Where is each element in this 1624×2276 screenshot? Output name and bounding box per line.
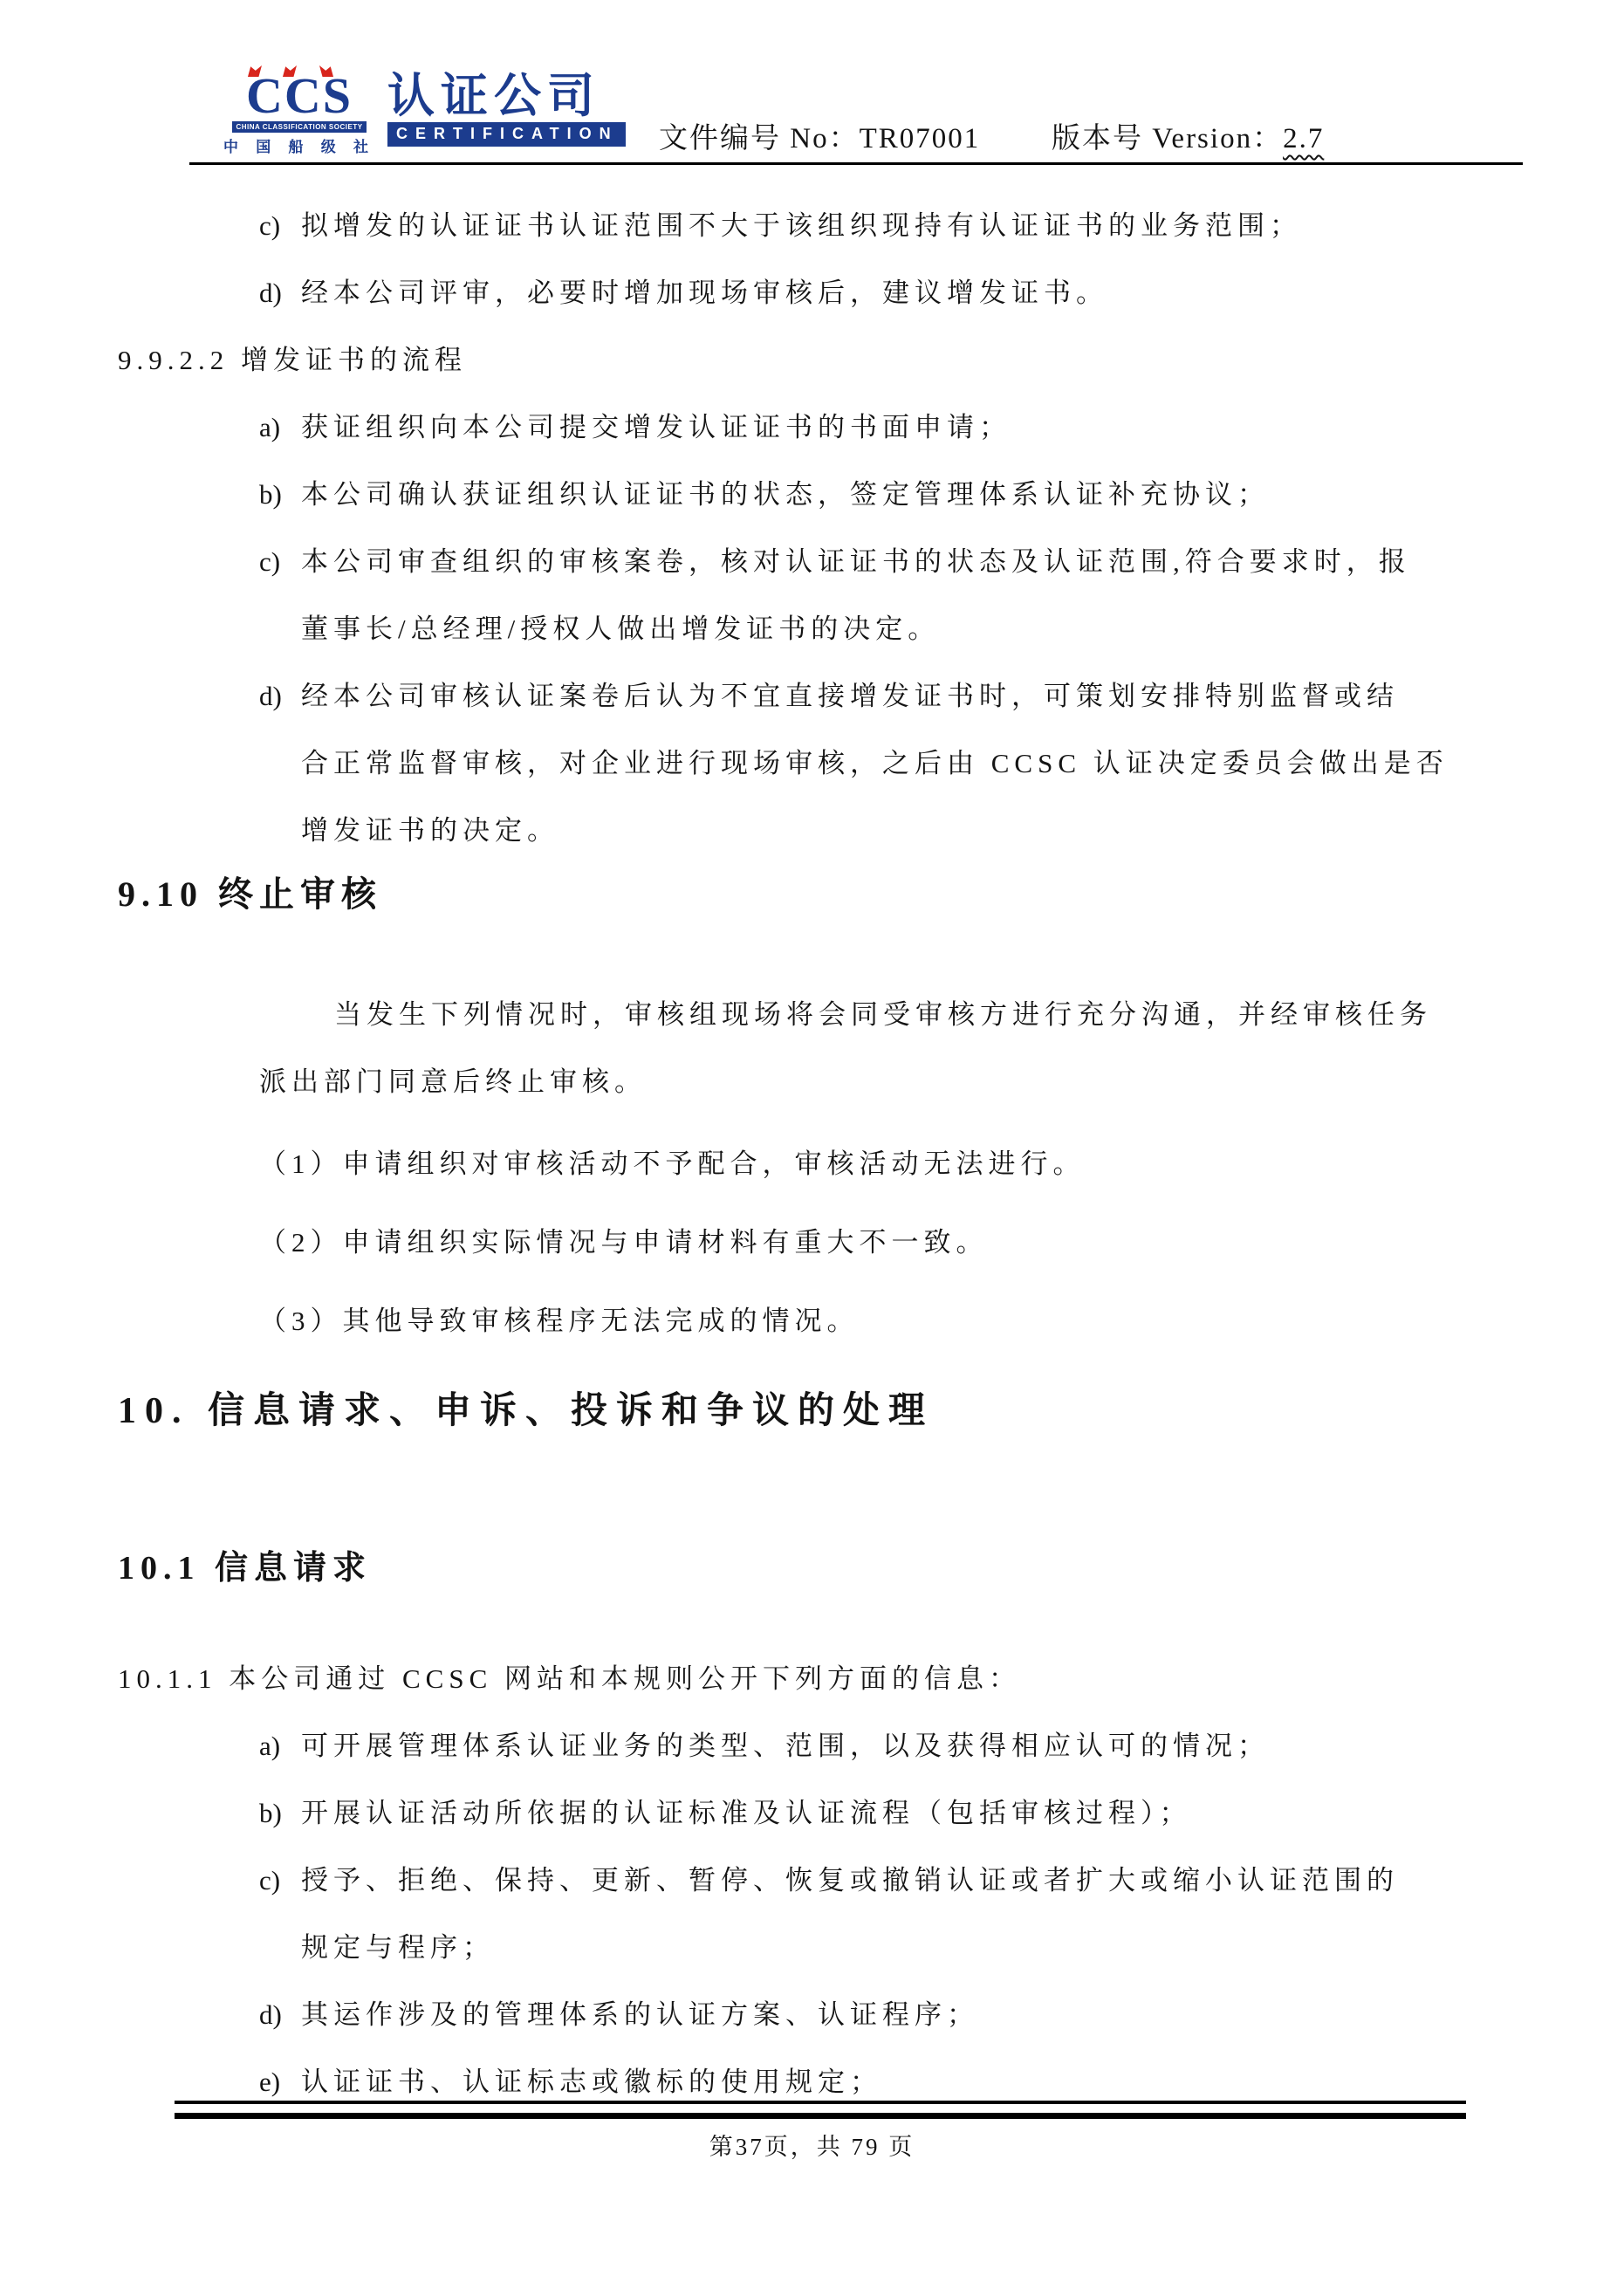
- list-item: c) 本公司审查组织的审核案卷，核对认证证书的状态及认证范围,符合要求时，报 董…: [118, 528, 1514, 662]
- item-text: 其运作涉及的管理体系的认证方案、认证程序；: [301, 1981, 1514, 2048]
- heading-10-1-1: 10.1.1 本公司通过 CCSC 网站和本规则公开下列方面的信息：: [118, 1645, 1514, 1712]
- list-item: （1）申请组织对审核活动不予配合，审核活动无法进行。: [259, 1125, 1086, 1203]
- item-label: a): [259, 1712, 280, 1779]
- list-item: d) 经本公司审核认证案卷后认为不宜直接增发证书时，可策划安排特别监督或结 合正…: [118, 662, 1514, 864]
- item-label: d): [259, 662, 282, 730]
- list-item: d) 经本公司评审，必要时增加现场审核后，建议增发证书。: [118, 259, 1514, 326]
- document-page: CCS CHINA CLASSIFICATION SOCIETY 中 国 船 级…: [0, 0, 1624, 2276]
- item-text: 拟增发的认证证书认证范围不大于该组织现持有认证证书的业务范围；: [301, 192, 1514, 259]
- logo-certification-band: CERTIFICATION: [387, 122, 626, 147]
- item-text: 规定与程序；: [301, 1914, 1514, 1981]
- item-text: 授予、拒绝、保持、更新、暂停、恢复或撤销认证或者扩大或缩小认证范围的: [301, 1847, 1514, 1914]
- item-text: 经本公司评审，必要时增加现场审核后，建议增发证书。: [301, 259, 1514, 326]
- item-label: d): [259, 1981, 282, 2048]
- item-label: d): [259, 259, 282, 326]
- logo-society-cn: 中 国 船 级 社: [223, 134, 375, 156]
- list-item: c) 拟增发的认证证书认证范围不大于该组织现持有认证证书的业务范围；: [118, 192, 1514, 259]
- item-text: 认证证书、认证标志或徽标的使用规定；: [301, 2048, 1514, 2115]
- version-number: 版本号 Version：2.7: [1052, 115, 1324, 156]
- page-number: 第37页，共 79 页: [0, 2128, 1624, 2162]
- item-text: 本公司审查组织的审核案卷，核对认证证书的状态及认证范围,符合要求时，报: [301, 528, 1514, 595]
- heading-10-1: 10.1 信息请求: [118, 1552, 372, 1585]
- footer-rule-bottom: [175, 2113, 1466, 2119]
- ccs-certification-logo: CCS CHINA CLASSIFICATION SOCIETY 中 国 船 级…: [223, 73, 626, 156]
- item-text: 合正常监督审核，对企业进行现场审核，之后由 CCSC 认证决定委员会做出是否: [301, 730, 1514, 797]
- item-text: 获证组织向本公司提交增发认证证书的书面申请；: [301, 394, 1514, 461]
- item-text: 可开展管理体系认证业务的类型、范围，以及获得相应认可的情况；: [301, 1712, 1514, 1779]
- footer-rule-top: [175, 2101, 1466, 2104]
- heading-10: 10. 信息请求、申诉、投诉和争议的处理: [118, 1393, 934, 1429]
- item-label: b): [259, 1779, 282, 1847]
- item-text: 董事长/总经理/授权人做出增发证书的决定。: [301, 595, 1514, 662]
- paragraph-line: 派出部门同意后终止审核。: [259, 1048, 1432, 1115]
- list-item: a) 可开展管理体系认证业务的类型、范围，以及获得相应认可的情况；: [118, 1712, 1514, 1779]
- logo-ccs-acronym: CCS: [246, 73, 353, 119]
- list-item: （3）其他导致审核程序无法完成的情况。: [259, 1282, 1086, 1361]
- section-9-10-list: （1）申请组织对审核活动不予配合，审核活动无法进行。 （2）申请组织实际情况与申…: [259, 1125, 1086, 1361]
- heading-9-10: 9.10 终止审核: [118, 877, 382, 912]
- item-label: c): [259, 528, 280, 595]
- heading-9-9-2-2: 9.9.2.2 增发证书的流程: [118, 326, 1514, 394]
- list-item: （2）申请组织实际情况与申请材料有重大不一致。: [259, 1203, 1086, 1282]
- doc-number: 文件编号 No：TR07001: [659, 115, 980, 156]
- paragraph-line: 当发生下列情况时，审核组现场将会同受审核方进行充分沟通，并经审核任务: [259, 981, 1432, 1048]
- list-item: b) 本公司确认获证组织认证证书的状态，签定管理体系认证补充协议；: [118, 461, 1514, 528]
- item-label: c): [259, 192, 280, 259]
- item-label: b): [259, 461, 282, 528]
- section-10-1-block: 10.1.1 本公司通过 CCSC 网站和本规则公开下列方面的信息： a) 可开…: [118, 1645, 1514, 2115]
- list-item: a) 获证组织向本公司提交增发认证证书的书面申请；: [118, 394, 1514, 461]
- list-item: c) 授予、拒绝、保持、更新、暂停、恢复或撤销认证或者扩大或缩小认证范围的 规定…: [118, 1847, 1514, 1981]
- logo-left-column: CCS CHINA CLASSIFICATION SOCIETY 中 国 船 级…: [223, 73, 375, 156]
- item-text: 开展认证活动所依据的认证标准及认证流程（包括审核过程）；: [301, 1779, 1514, 1847]
- list-item: d) 其运作涉及的管理体系的认证方案、认证程序；: [118, 1981, 1514, 2048]
- item-text: 本公司确认获证组织认证证书的状态，签定管理体系认证补充协议；: [301, 461, 1514, 528]
- logo-company-cn: 认证公司: [387, 73, 626, 119]
- section-9-10-paragraph: 当发生下列情况时，审核组现场将会同受审核方进行充分沟通，并经审核任务 派出部门同…: [259, 981, 1432, 1115]
- item-label: c): [259, 1847, 280, 1914]
- section-9-block: c) 拟增发的认证证书认证范围不大于该组织现持有认证证书的业务范围； d) 经本…: [118, 192, 1514, 864]
- list-item: b) 开展认证活动所依据的认证标准及认证流程（包括审核过程）；: [118, 1779, 1514, 1847]
- list-item: e) 认证证书、认证标志或徽标的使用规定；: [118, 2048, 1514, 2115]
- logo-right-column: 认证公司 CERTIFICATION: [387, 73, 626, 147]
- item-text: 增发证书的决定。: [301, 797, 1514, 864]
- logo-ccs-text: CCS: [246, 67, 353, 124]
- item-text: 经本公司审核认证案卷后认为不宜直接增发证书时，可策划安排特别监督或结: [301, 662, 1514, 730]
- header-rule: [189, 162, 1523, 165]
- version-label: 版本号 Version：: [1052, 123, 1283, 154]
- item-label: e): [259, 2048, 280, 2115]
- item-label: a): [259, 394, 280, 461]
- version-value: 2.7: [1283, 123, 1324, 154]
